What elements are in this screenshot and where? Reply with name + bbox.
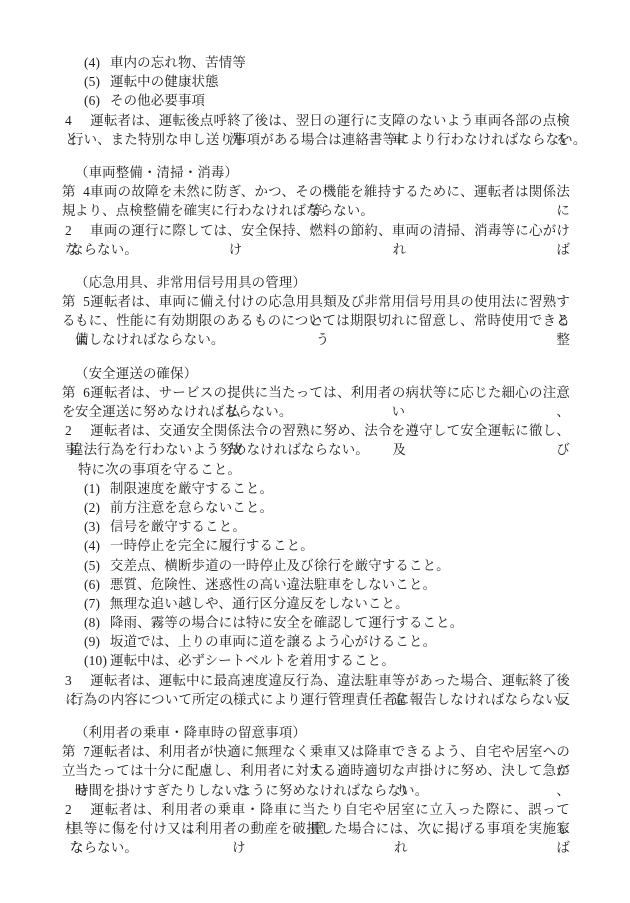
line-text: その他必要事項 — [110, 93, 205, 108]
line-text: 信号を厳守すること。 — [110, 519, 246, 534]
list-item-line: (10)運転中は、必ずシートベルトを着用すること。 — [0, 651, 630, 670]
note-line: 特に次の事項を守ること。 — [0, 460, 630, 479]
line-text: 行為の内容について所定の様式により運行管理責任者に報告しなければならない。 — [70, 692, 573, 707]
line-text: 具等に傷を付け又は利用者の動産を破損した場合には、次に掲げる事項を実施しなければ — [70, 821, 570, 855]
section-heading: （安全運送の確保） — [0, 364, 630, 383]
line-number-label: 2 — [65, 800, 90, 819]
line-text: ならない。 — [70, 242, 138, 257]
line-text: 運転中は、必ずシートベルトを着用すること。 — [110, 653, 395, 668]
list-item-line: (5)交差点、横断歩道の一時停止及び徐行を厳守すること。 — [0, 556, 630, 575]
paragraph-line: 2運転者は、交通安全関係法令の習熟に努め、法令を遵守して安全運転に徹し、事故及び — [0, 421, 630, 440]
line-number-label: (10) — [84, 651, 110, 670]
list-item-line: (8)降雨、霧等の場合には特に安全を確認して運行すること。 — [0, 613, 630, 632]
document-section: （車両整備・清掃・消毒）第4車両の故障を未然に防ぎ、かつ、その機能を維持するため… — [0, 163, 630, 259]
list-item-line: (7)無理な追い越しや、通行区分違反をしないこと。 — [0, 594, 630, 613]
list-item-line: (4)車内の忘れ物、苦情等 — [0, 53, 630, 72]
article-line: 第5運転者は、車両に備え付けの応急用具類及び非常用信号用具の使用法に習熟するとと — [0, 292, 630, 311]
list-item-line: (9)坂道では、上りの車両に道を譲るよう心がけること。 — [0, 632, 630, 651]
line-text: 安全運送に努めなければならない。 — [75, 404, 292, 419]
list-item-line: (5)運転中の健康状態 — [0, 72, 630, 91]
line-number-label: (4) — [84, 53, 110, 72]
line-number-label: (2) — [84, 498, 110, 517]
line-text: 制限速度を厳守すること。 — [110, 481, 273, 496]
line-number-label: 第4 — [62, 182, 90, 201]
line-text: 坂道では、上りの車両に道を譲るよう心がけること。 — [110, 634, 436, 649]
line-text: 悪質、危険性、迷惑性の高い違法駐車をしないこと。 — [110, 577, 436, 592]
document-section: （安全運送の確保）第6運転者は、サービスの提供に当たっては、利用者の病状等に応じ… — [0, 364, 630, 709]
list-item-line: (6)その他必要事項 — [0, 91, 630, 110]
line-number-label: (7) — [84, 594, 110, 613]
line-text: 違法行為を行わないよう努めなければならない。 — [70, 442, 369, 457]
line-text: 運転中の健康状態 — [110, 74, 219, 89]
line-number-label: (1) — [84, 479, 110, 498]
line-text: 降雨、霧等の場合には特に安全を確認して運行すること。 — [110, 615, 463, 630]
line-number-label: 3 — [65, 671, 90, 690]
line-number-label: (9) — [84, 632, 110, 651]
paragraph-line: 3運転者は、運転中に最高速度違反行為、違法駐車等があった場合、運転終了後に、違反 — [0, 671, 630, 690]
line-number-label: (6) — [84, 91, 110, 110]
section-heading: （応急用具、非常用信号用具の管理） — [0, 273, 630, 292]
article-line: 第7運転者は、利用者が快適に無理なく乗車又は降車できるよう、自宅や居室への立入に — [0, 742, 630, 761]
line-text: 前方注意を怠らないこと。 — [110, 500, 273, 515]
list-item-line: (6)悪質、危険性、迷惑性の高い違法駐車をしないこと。 — [0, 575, 630, 594]
continuation-line: 行い、また特別な申し送り事項がある場合は連絡書等により行わなければならない。 — [0, 130, 630, 149]
article-line: 第6運転者は、サービスの提供に当たっては、利用者の病状等に応じた細心の注意を払い… — [0, 383, 630, 402]
paragraph-line: 2車両の運行に際しては、安全保持、燃料の節約、車両の清掃、消毒等に心がけなければ — [0, 221, 630, 240]
line-text: ならない。 — [70, 840, 138, 855]
line-number-label: (6) — [84, 575, 110, 594]
list-item-line: (3)信号を厳守すること。 — [0, 517, 630, 536]
continuation-line: 行為の内容について所定の様式により運行管理責任者に報告しなければならない。 — [0, 690, 630, 709]
line-number-label: 第6 — [62, 383, 90, 402]
line-text: 時間を掛けすぎたりしないように努めなければならない。 — [75, 783, 428, 798]
line-number-label: 2 — [65, 221, 90, 240]
list-item-line: (4)一時停止を完全に履行すること。 — [0, 536, 630, 555]
line-text: より、点検整備を確実に行わなければならない。 — [75, 203, 374, 218]
continuation-line: もに、性能に有効期限のあるものについては期限切れに留意し、常時使用できるよう整 — [0, 311, 630, 330]
paragraph-line: 4運転者は、運転後点呼終了後は、翌日の運行に支障のないよう車両各部の点検と洗車を — [0, 111, 630, 130]
section-heading: （車両整備・清掃・消毒） — [0, 163, 630, 182]
line-text: 交差点、横断歩道の一時停止及び徐行を厳守すること。 — [110, 558, 450, 573]
document-section: （利用者の乗車・降車時の留意事項）第7運転者は、利用者が快適に無理なく乗車又は降… — [0, 723, 630, 857]
document-section: （応急用具、非常用信号用具の管理）第5運転者は、車両に備え付けの応急用具類及び非… — [0, 273, 630, 350]
list-item-line: (1)制限速度を厳守すること。 — [0, 479, 630, 498]
line-number-label: 2 — [65, 421, 90, 440]
line-number-label: (8) — [84, 613, 110, 632]
line-text: （車両整備・清掃・消毒） — [75, 165, 238, 180]
continuation-line: 具等に傷を付け又は利用者の動産を破損した場合には、次に掲げる事項を実施しなければ — [0, 819, 630, 838]
paragraph-line: 2運転者は、利用者の乗車・降車に当たり自宅や居室に立入った際に、誤って柱、壁、家 — [0, 800, 630, 819]
line-number-label: 第5 — [62, 292, 90, 311]
line-text: 特に次の事項を守ること。 — [78, 462, 241, 477]
line-text: 無理な追い越しや、通行区分違反をしないこと。 — [110, 596, 409, 611]
document-section: (4)車内の忘れ物、苦情等(5)運転中の健康状態(6)その他必要事項4運転者は、… — [0, 53, 630, 149]
list-item-line: (2)前方注意を怠らないこと。 — [0, 498, 630, 517]
line-number-label: (5) — [84, 72, 110, 91]
line-text: （応急用具、非常用信号用具の管理） — [75, 275, 306, 290]
line-text: 備しなければならない。 — [75, 332, 225, 347]
document-page: (4)車内の忘れ物、苦情等(5)運転中の健康状態(6)その他必要事項4運転者は、… — [0, 0, 630, 903]
line-number-label: 第7 — [62, 742, 90, 761]
line-text: 車両の運行に際しては、安全保持、燃料の節約、車両の清掃、消毒等に心がけなければ — [65, 223, 570, 257]
line-text: （安全運送の確保） — [75, 366, 197, 381]
line-text: （利用者の乗車・降車時の留意事項） — [75, 725, 306, 740]
line-text: 行い、また特別な申し送り事項がある場合は連絡書等により行わなければならない。 — [70, 132, 586, 147]
line-number-label: 4 — [65, 111, 90, 130]
section-heading: （利用者の乗車・降車時の留意事項） — [0, 723, 630, 742]
continuation-line: 当たっては十分に配慮し、利用者に対する適時適切な声掛けに努め、決して急がせたり、 — [0, 761, 630, 780]
line-number-label: (5) — [84, 556, 110, 575]
line-number-label: (3) — [84, 517, 110, 536]
line-text: 車内の忘れ物、苦情等 — [110, 55, 246, 70]
line-number-label: (4) — [84, 536, 110, 555]
article-line: 第4車両の故障を未然に防ぎ、かつ、その機能を維持するために、運転者は関係法規等に — [0, 182, 630, 201]
line-text: 一時停止を完全に履行すること。 — [110, 538, 314, 553]
